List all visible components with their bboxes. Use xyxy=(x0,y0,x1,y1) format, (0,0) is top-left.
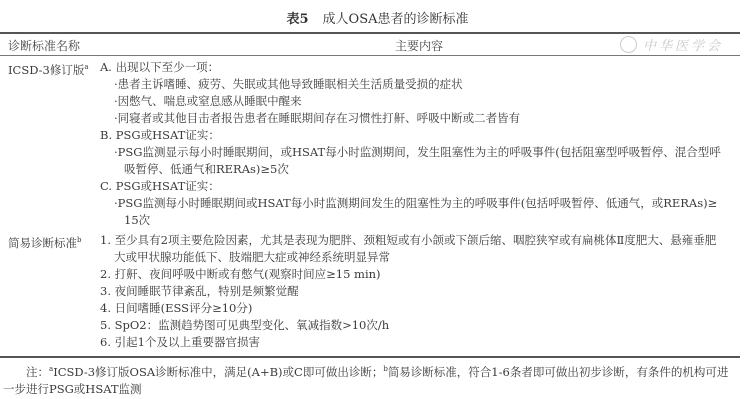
criteria-line: ·PSG监测显示每小时睡眠期间，或HSAT每小时监测期间，发生阻塞性为主的呼吸事… xyxy=(114,144,721,161)
criteria-line: C. PSG或HSAT证实： xyxy=(100,178,220,195)
bottom-rule xyxy=(0,356,740,358)
criteria-line: 5. SpO2：监测趋势图可见典型变化、氧减指数>10次/h xyxy=(100,317,389,334)
criteria-line: ·同寝者或其他目击者报告患者在睡眠期间存在习惯性打鼾、呼吸中断或二者皆有 xyxy=(114,110,520,127)
table-note: 注：aICSD-3修订版OSA诊断标准中，满足(A+B)或C即可做出诊断；b简易… xyxy=(26,361,728,381)
table-number: 表5 xyxy=(287,12,309,27)
top-rule xyxy=(0,32,740,34)
criteria-line: 1. 至少具有2项主要危险因素，尤其是表现为肥胖、颈粗短或有小颌或下颌后缩、咽腔… xyxy=(100,232,716,249)
header-criteria-name: 诊断标准名称 xyxy=(8,37,80,54)
footnote-marker: b xyxy=(77,236,81,244)
criteria-line: 15次 xyxy=(124,212,150,229)
criteria-line: B. PSG或HSAT证实： xyxy=(100,127,220,144)
criteria-line: 3. 夜间睡眠节律紊乱，特别是频繁觉醒 xyxy=(100,283,299,300)
row-label-icsd3: ICSD-3修订版a xyxy=(8,59,89,79)
row-label-simple: 简易诊断标准b xyxy=(8,232,81,252)
criteria-line: A. 出现以下至少一项： xyxy=(100,59,219,76)
table-note-line2: 一步进行PSG或HSAT监测 xyxy=(3,381,142,398)
watermark-text: 中华医学会 xyxy=(643,35,723,54)
criteria-line: 2. 打鼾、夜间呼吸中断或有憋气(观察时间应≥15 min) xyxy=(100,266,381,283)
seal-icon xyxy=(620,36,637,53)
criteria-line: ·患者主诉嗜睡、疲劳、失眠或其他导致睡眠相关生活质量受损的症状 xyxy=(114,76,463,93)
criteria-line: 大或甲状腺功能低下、肢端肥大症或神经系统明显异常 xyxy=(114,249,390,266)
note-prefix: 注： xyxy=(26,365,49,379)
note-part-a: ICSD-3修订版OSA诊断标准中，满足(A+B)或C即可做出诊断； xyxy=(53,365,383,379)
table-caption: 成人OSA患者的诊断标准 xyxy=(323,12,469,27)
note-part-b: 简易诊断标准，符合1-6条者即可做出初步诊断，有条件的机构可进 xyxy=(388,365,729,379)
table-title: 表5成人OSA患者的诊断标准 xyxy=(0,8,755,27)
row-label-text: ICSD-3修订版 xyxy=(8,63,84,77)
criteria-line: 吸暂停、低通气和RERAs)≥5次 xyxy=(124,161,289,178)
footnote-marker: a xyxy=(84,63,88,71)
criteria-line: 6. 引起1个及以上重要器官损害 xyxy=(100,334,260,351)
criteria-line: 4. 日间嗜睡(ESS评分≥10分) xyxy=(100,300,252,317)
criteria-line: ·PSG监测每小时睡眠期间或HSAT每小时监测期间发生的阻塞性为主的呼吸事件(包… xyxy=(114,195,717,212)
header-rule xyxy=(0,55,740,56)
criteria-line: ·因憋气、喘息或窒息感从睡眠中醒来 xyxy=(114,93,302,110)
header-main-content: 主要内容 xyxy=(395,37,443,54)
watermark: 中华医学会 xyxy=(620,35,723,54)
row-label-text: 简易诊断标准 xyxy=(8,236,77,250)
